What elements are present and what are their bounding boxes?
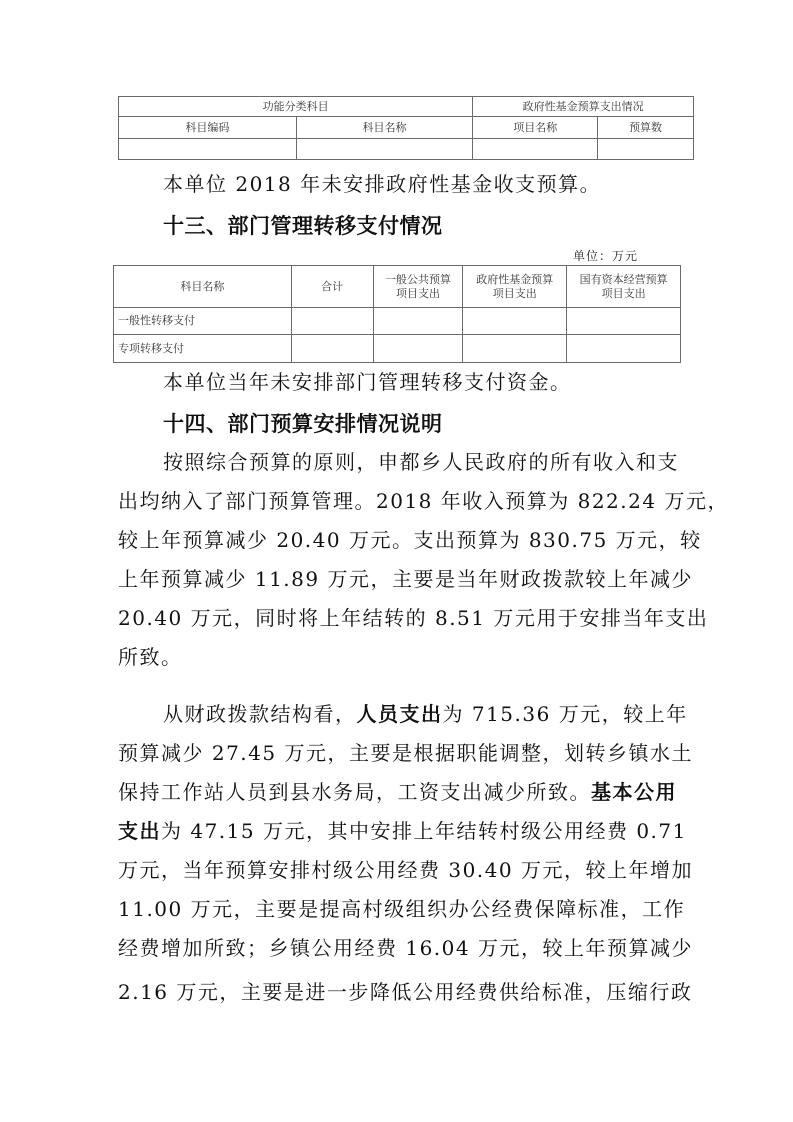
cell bbox=[463, 335, 567, 363]
col-state-capital-budget: 国有资本经营预算项目支出 bbox=[567, 266, 681, 308]
text-line: 较上年预算减少 20.40 万元。支出预算为 830.75 万元，较 bbox=[118, 528, 693, 552]
cell bbox=[119, 139, 297, 160]
cell bbox=[473, 139, 598, 160]
cell bbox=[567, 308, 681, 335]
col-general-public-budget: 一般公共预算项目支出 bbox=[373, 266, 463, 308]
text-line: 万元，当年预算安排村级公用经费 30.40 万元，较上年增加 bbox=[118, 858, 693, 882]
table-row: 专项转移支付 bbox=[114, 335, 681, 363]
text-line: 按照综合预算的原则，申都乡人民政府的所有收入和支 bbox=[163, 450, 693, 474]
col-total: 合计 bbox=[291, 266, 373, 308]
text-line: 20.40 万元，同时将上年结转的 8.51 万元用于安排当年支出 bbox=[118, 606, 693, 630]
col-subject-name: 科目名称 bbox=[114, 266, 292, 308]
col-budget-amount: 预算数 bbox=[598, 117, 694, 139]
col-subject-code: 科目编码 bbox=[119, 117, 297, 139]
section-14-title: 十四、部门预算安排情况说明 bbox=[163, 411, 443, 437]
transfer-payment-table: 科目名称 合计 一般公共预算项目支出 政府性基金预算项目支出 国有资本经营预算项… bbox=[113, 265, 681, 363]
text-line: 从财政拨款结构看，人员支出为 715.36 万元，较上年 bbox=[163, 702, 693, 726]
row-label: 一般性转移支付 bbox=[114, 308, 292, 335]
text-line: 出均纳入了部门预算管理。2018 年收入预算为 822.24 万元， bbox=[118, 489, 693, 513]
cell bbox=[567, 335, 681, 363]
header-functional-category: 功能分类科目 bbox=[119, 97, 473, 117]
bold-personnel-expenditure: 人员支出 bbox=[357, 702, 443, 726]
cell bbox=[373, 335, 463, 363]
text-line: 2.16 万元，主要是进一步降低公用经费供给标准，压缩行政 bbox=[118, 980, 693, 1004]
table-row: 一般性转移支付 bbox=[114, 308, 681, 335]
table-row bbox=[119, 139, 694, 160]
note-no-fund-budget: 本单位 2018 年未安排政府性基金收支预算。 bbox=[163, 172, 693, 196]
text-line: 11.00 万元，主要是提高村级组织办公经费保障标准，工作 bbox=[118, 897, 693, 921]
text-line: 上年预算减少 11.89 万元，主要是当年财政拨款较上年减少 bbox=[118, 567, 693, 591]
section-13-title: 十三、部门管理转移支付情况 bbox=[163, 213, 443, 239]
unit-label: 单位：万元 bbox=[573, 247, 638, 264]
bold-basic-public-expenditure: 基本公用 bbox=[591, 780, 677, 804]
text-line: 所致。 bbox=[118, 645, 693, 669]
text-line: 保持工作站人员到县水务局，工资支出减少所致。基本公用 bbox=[118, 780, 693, 804]
text-line: 经费增加所致；乡镇公用经费 16.04 万元，较上年预算减少 bbox=[118, 936, 693, 960]
col-subject-name: 科目名称 bbox=[296, 117, 473, 139]
cell bbox=[296, 139, 473, 160]
note-no-transfer-payment: 本单位当年未安排部门管理转移支付资金。 bbox=[163, 370, 693, 394]
bold-basic-public-expenditure-cont: 支出 bbox=[118, 819, 161, 843]
row-label: 专项转移支付 bbox=[114, 335, 292, 363]
col-project-name: 项目名称 bbox=[473, 117, 598, 139]
cell bbox=[598, 139, 694, 160]
text-line: 预算减少 27.45 万元，主要是根据职能调整，划转乡镇水土 bbox=[118, 741, 693, 765]
cell bbox=[291, 308, 373, 335]
text-line: 支出为 47.15 万元，其中安排上年结转村级公用经费 0.71 bbox=[118, 819, 693, 843]
cell bbox=[463, 308, 567, 335]
cell bbox=[373, 308, 463, 335]
government-fund-table: 功能分类科目 政府性基金预算支出情况 科目编码 科目名称 项目名称 预算数 bbox=[118, 96, 694, 160]
col-government-fund-budget: 政府性基金预算项目支出 bbox=[463, 266, 567, 308]
cell bbox=[291, 335, 373, 363]
header-fund-expenditure: 政府性基金预算支出情况 bbox=[473, 97, 694, 117]
